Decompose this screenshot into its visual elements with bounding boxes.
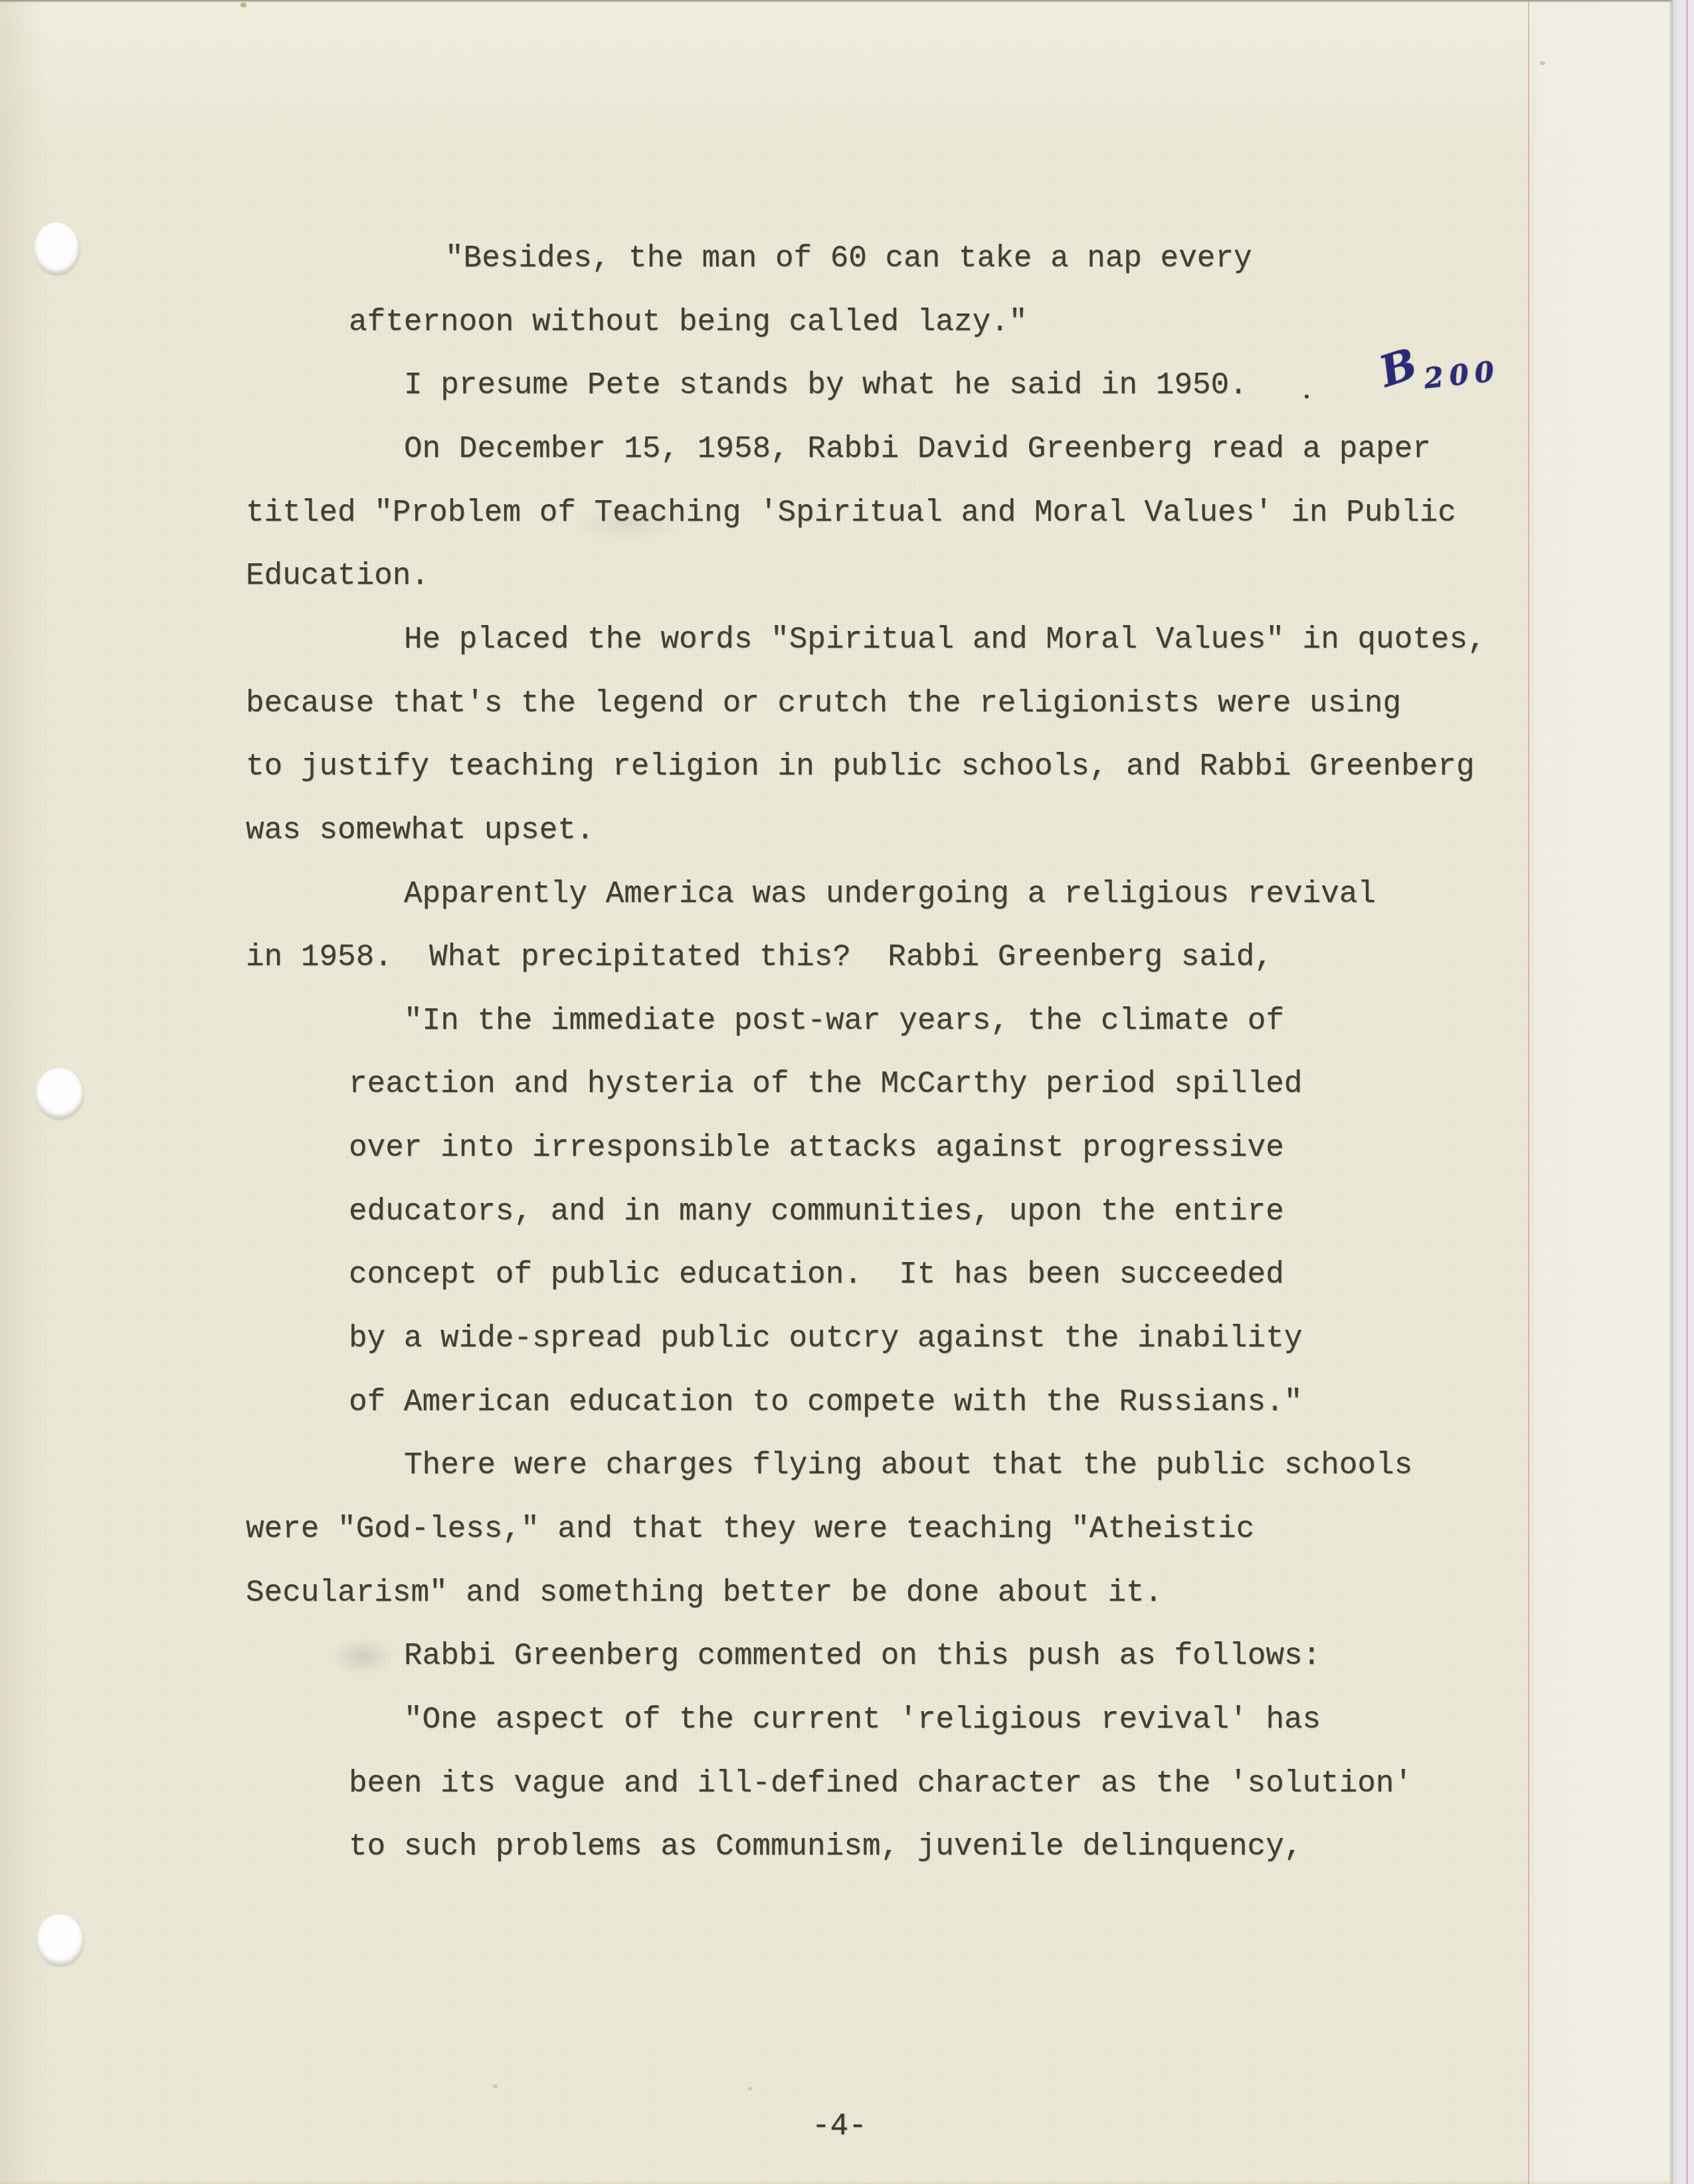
paper-top-edge bbox=[0, 0, 1673, 3]
typed-line: "One aspect of the current 'religious re… bbox=[404, 1704, 1321, 1735]
annotation-letter: B bbox=[1375, 343, 1422, 395]
typed-line: "In the immediate post-war years, the cl… bbox=[404, 1006, 1284, 1036]
page-number: -4- bbox=[812, 2111, 867, 2141]
typed-line: was somewhat upset. bbox=[246, 815, 595, 846]
paper-speck bbox=[240, 3, 246, 7]
typed-line: been its vague and ill-defined character… bbox=[349, 1768, 1412, 1799]
scan-background-strip bbox=[1673, 0, 1694, 2184]
typed-line: afternoon without being called lazy." bbox=[349, 307, 1027, 337]
typed-line: "Besides, the man of 60 can take a nap e… bbox=[445, 243, 1252, 274]
paper-speck bbox=[1540, 61, 1545, 65]
typed-line: There were charges flying about that the… bbox=[404, 1450, 1412, 1481]
typed-line: Secularism" and something better be done… bbox=[246, 1578, 1163, 1608]
punch-hole-top bbox=[34, 223, 79, 274]
typed-line: educators, and in many communities, upon… bbox=[349, 1196, 1284, 1227]
typed-line: reaction and hysteria of the McCarthy pe… bbox=[349, 1069, 1302, 1099]
typed-line: to such problems as Communism, juvenile … bbox=[349, 1831, 1302, 1862]
scanned-page: "Besides, the man of 60 can take a nap e… bbox=[0, 0, 1694, 2184]
typed-line: concept of public education. It has been… bbox=[349, 1259, 1284, 1290]
typed-line: over into irresponsible attacks against … bbox=[349, 1133, 1284, 1163]
typed-line: I presume Pete stands by what he said in… bbox=[404, 370, 1248, 401]
annotation-number: 200 bbox=[1423, 357, 1501, 393]
punch-hole-middle bbox=[35, 1068, 83, 1119]
paper-bottom-edge bbox=[0, 2181, 1673, 2184]
typed-line: He placed the words "Spiritual and Moral… bbox=[404, 624, 1486, 655]
typed-line: by a wide-spread public outcry against t… bbox=[349, 1323, 1302, 1354]
typed-line: were "God-less," and that they were teac… bbox=[246, 1514, 1254, 1544]
handwritten-annotation: B200 bbox=[1379, 340, 1501, 391]
typed-line: to justify teaching religion in public s… bbox=[246, 751, 1475, 782]
paper-speck bbox=[748, 2087, 752, 2090]
typed-line: On December 15, 1958, Rabbi David Greenb… bbox=[404, 434, 1431, 464]
typed-line: Rabbi Greenberg commented on this push a… bbox=[404, 1641, 1321, 1671]
typed-line: of American education to compete with th… bbox=[349, 1387, 1302, 1417]
typed-line: Apparently America was undergoing a reli… bbox=[404, 879, 1376, 909]
typed-line: because that's the legend or crutch the … bbox=[246, 688, 1401, 719]
punch-hole-bottom bbox=[37, 1914, 83, 1965]
vertical-crease-line bbox=[1528, 0, 1529, 2184]
typed-line: Education. bbox=[246, 561, 429, 591]
ink-smudge bbox=[331, 1638, 394, 1675]
typed-line: titled "Problem of Teaching 'Spiritual a… bbox=[246, 498, 1456, 528]
typed-line: in 1958. What precipitated this? Rabbi G… bbox=[246, 942, 1273, 972]
paper-sheet: "Besides, the man of 60 can take a nap e… bbox=[0, 0, 1673, 2184]
paper-speck bbox=[493, 2084, 498, 2088]
paper-speck bbox=[1305, 395, 1309, 399]
right-pink-line bbox=[1686, 0, 1688, 2184]
